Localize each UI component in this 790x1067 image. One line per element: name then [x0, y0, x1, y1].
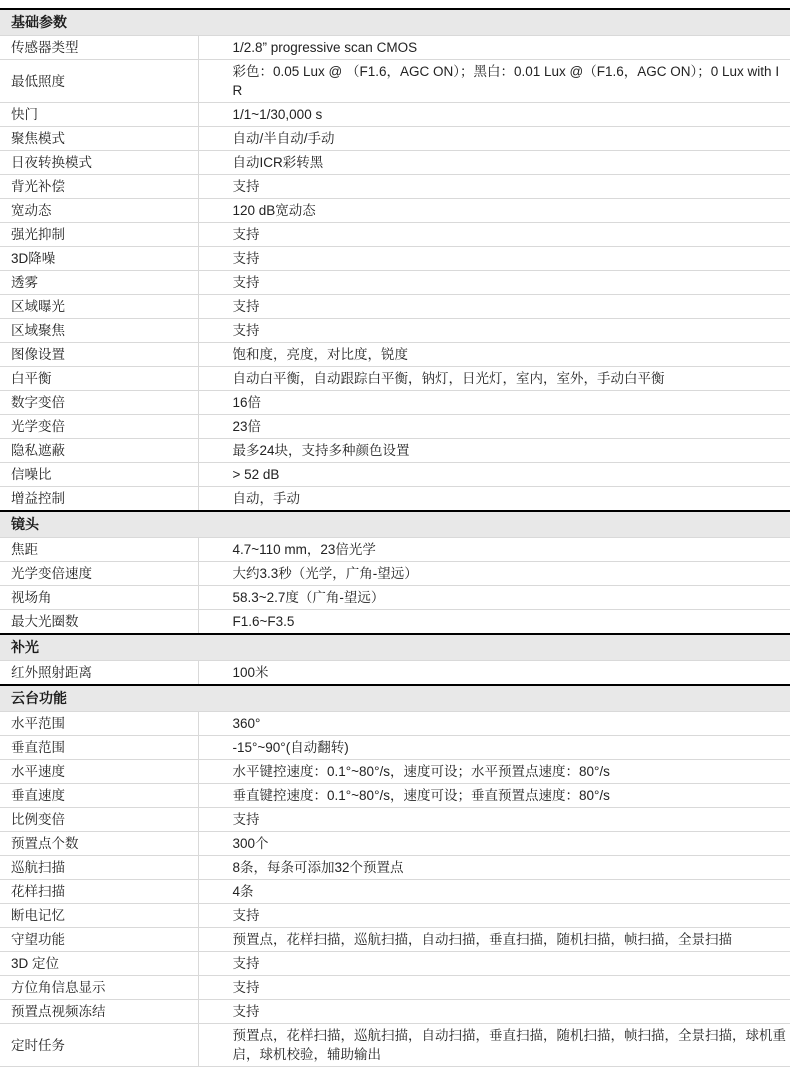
- spec-label: 白平衡: [0, 367, 198, 391]
- spec-row: 传感器类型1/2.8” progressive scan CMOS: [0, 36, 790, 60]
- spec-value: 23倍: [198, 415, 790, 439]
- spec-row: 强光抑制支持: [0, 223, 790, 247]
- spec-row: 方位角信息显示支持: [0, 976, 790, 1000]
- spec-label: 方位角信息显示: [0, 976, 198, 1000]
- spec-label: 红外照射距离: [0, 661, 198, 686]
- spec-label: 传感器类型: [0, 36, 198, 60]
- spec-row: 花样扫描4条: [0, 880, 790, 904]
- spec-row: 信噪比> 52 dB: [0, 463, 790, 487]
- spec-label: 比例变倍: [0, 808, 198, 832]
- spec-row: 守望功能预置点，花样扫描，巡航扫描，自动扫描，垂直扫描，随机扫描，帧扫描，全景扫…: [0, 928, 790, 952]
- spec-label: 守望功能: [0, 928, 198, 952]
- spec-row: 水平速度水平键控速度：0.1°~80°/s，速度可设；水平预置点速度：80°/s: [0, 760, 790, 784]
- spec-row: 定时任务预置点，花样扫描，巡航扫描，自动扫描，垂直扫描，随机扫描，帧扫描，全景扫…: [0, 1024, 790, 1067]
- spec-value: 支持: [198, 808, 790, 832]
- spec-value: 自动/半自动/手动: [198, 127, 790, 151]
- section-header-row: 云台功能: [0, 685, 790, 712]
- spec-row: 光学变倍23倍: [0, 415, 790, 439]
- spec-label: 光学变倍速度: [0, 562, 198, 586]
- spec-value: 16倍: [198, 391, 790, 415]
- spec-label: 最低照度: [0, 60, 198, 103]
- spec-label: 强光抑制: [0, 223, 198, 247]
- spec-label: 巡航扫描: [0, 856, 198, 880]
- spec-value: 饱和度，亮度，对比度，锐度: [198, 343, 790, 367]
- spec-row: 水平范围360°: [0, 712, 790, 736]
- spec-label: 3D降噪: [0, 247, 198, 271]
- spec-label: 数字变倍: [0, 391, 198, 415]
- spec-row: 隐私遮蔽最多24块，支持多种颜色设置: [0, 439, 790, 463]
- spec-label: 透雾: [0, 271, 198, 295]
- spec-label: 定时任务: [0, 1024, 198, 1067]
- spec-value: 支持: [198, 223, 790, 247]
- spec-label: 焦距: [0, 538, 198, 562]
- spec-row: 红外照射距离100米: [0, 661, 790, 686]
- spec-label: 断电记忆: [0, 904, 198, 928]
- spec-row: 数字变倍16倍: [0, 391, 790, 415]
- spec-page: 基础参数传感器类型1/2.8” progressive scan CMOS最低照…: [0, 0, 790, 1067]
- spec-row: 聚焦模式自动/半自动/手动: [0, 127, 790, 151]
- spec-row: 预置点视频冻结支持: [0, 1000, 790, 1024]
- spec-table-body: 基础参数传感器类型1/2.8” progressive scan CMOS最低照…: [0, 9, 790, 1067]
- spec-value: 支持: [198, 271, 790, 295]
- spec-label: 区域聚焦: [0, 319, 198, 343]
- spec-row: 宽动态120 dB宽动态: [0, 199, 790, 223]
- spec-label: 预置点个数: [0, 832, 198, 856]
- spec-value: F1.6~F3.5: [198, 610, 790, 635]
- spec-label: 最大光圈数: [0, 610, 198, 635]
- spec-value: 120 dB宽动态: [198, 199, 790, 223]
- spec-row: 最低照度彩色：0.05 Lux @ （F1.6，AGC ON）；黑白：0.01 …: [0, 60, 790, 103]
- spec-label: 宽动态: [0, 199, 198, 223]
- spec-label: 隐私遮蔽: [0, 439, 198, 463]
- spec-value: 支持: [198, 952, 790, 976]
- spec-row: 3D 定位支持: [0, 952, 790, 976]
- spec-value: 支持: [198, 976, 790, 1000]
- spec-value: 支持: [198, 904, 790, 928]
- section-title: 补光: [0, 634, 790, 661]
- spec-value: 大约3.3秒（光学，广角-望远）: [198, 562, 790, 586]
- spec-value: 100米: [198, 661, 790, 686]
- spec-value: 8条，每条可添加32个预置点: [198, 856, 790, 880]
- spec-row: 区域曝光支持: [0, 295, 790, 319]
- spec-value: 支持: [198, 247, 790, 271]
- spec-value: 预置点，花样扫描，巡航扫描，自动扫描，垂直扫描，随机扫描，帧扫描，全景扫描，球机…: [198, 1024, 790, 1067]
- spec-label: 视场角: [0, 586, 198, 610]
- spec-row: 白平衡自动白平衡，自动跟踪白平衡，钠灯，日光灯，室内，室外，手动白平衡: [0, 367, 790, 391]
- section-title: 镜头: [0, 511, 790, 538]
- spec-value: > 52 dB: [198, 463, 790, 487]
- spec-value: 最多24块，支持多种颜色设置: [198, 439, 790, 463]
- spec-row: 区域聚焦支持: [0, 319, 790, 343]
- spec-value: 58.3~2.7度（广角-望远）: [198, 586, 790, 610]
- spec-label: 聚焦模式: [0, 127, 198, 151]
- section-title: 基础参数: [0, 9, 790, 36]
- spec-row: 焦距4.7~110 mm，23倍光学: [0, 538, 790, 562]
- spec-row: 光学变倍速度大约3.3秒（光学，广角-望远）: [0, 562, 790, 586]
- spec-value: 支持: [198, 295, 790, 319]
- spec-value: 彩色：0.05 Lux @ （F1.6，AGC ON）；黑白：0.01 Lux …: [198, 60, 790, 103]
- spec-label: 背光补偿: [0, 175, 198, 199]
- spec-value: 1/1~1/30,000 s: [198, 103, 790, 127]
- spec-row: 预置点个数300个: [0, 832, 790, 856]
- spec-label: 垂直范围: [0, 736, 198, 760]
- spec-row: 断电记忆支持: [0, 904, 790, 928]
- section-header-row: 基础参数: [0, 9, 790, 36]
- spec-value: 支持: [198, 319, 790, 343]
- spec-row: 3D降噪支持: [0, 247, 790, 271]
- spec-label: 快门: [0, 103, 198, 127]
- spec-value: 支持: [198, 175, 790, 199]
- spec-row: 透雾支持: [0, 271, 790, 295]
- spec-value: 4条: [198, 880, 790, 904]
- spec-label: 预置点视频冻结: [0, 1000, 198, 1024]
- spec-label: 花样扫描: [0, 880, 198, 904]
- spec-row: 快门1/1~1/30,000 s: [0, 103, 790, 127]
- spec-row: 日夜转换模式自动ICR彩转黑: [0, 151, 790, 175]
- spec-value: 水平键控速度：0.1°~80°/s，速度可设；水平预置点速度：80°/s: [198, 760, 790, 784]
- spec-row: 视场角58.3~2.7度（广角-望远）: [0, 586, 790, 610]
- spec-value: 支持: [198, 1000, 790, 1024]
- spec-value: 预置点，花样扫描，巡航扫描，自动扫描，垂直扫描，随机扫描，帧扫描，全景扫描: [198, 928, 790, 952]
- section-title: 云台功能: [0, 685, 790, 712]
- spec-value: 自动ICR彩转黑: [198, 151, 790, 175]
- spec-label: 垂直速度: [0, 784, 198, 808]
- spec-label: 水平速度: [0, 760, 198, 784]
- spec-value: -15°~90°(自动翻转): [198, 736, 790, 760]
- spec-row: 垂直速度垂直键控速度：0.1°~80°/s，速度可设；垂直预置点速度：80°/s: [0, 784, 790, 808]
- spec-row: 巡航扫描8条，每条可添加32个预置点: [0, 856, 790, 880]
- spec-value: 300个: [198, 832, 790, 856]
- spec-row: 增益控制自动，手动: [0, 487, 790, 512]
- spec-value: 4.7~110 mm，23倍光学: [198, 538, 790, 562]
- spec-value: 1/2.8” progressive scan CMOS: [198, 36, 790, 60]
- spec-label: 区域曝光: [0, 295, 198, 319]
- spec-row: 垂直范围-15°~90°(自动翻转): [0, 736, 790, 760]
- section-header-row: 补光: [0, 634, 790, 661]
- spec-value: 自动，手动: [198, 487, 790, 512]
- spec-row: 最大光圈数F1.6~F3.5: [0, 610, 790, 635]
- spec-row: 图像设置饱和度，亮度，对比度，锐度: [0, 343, 790, 367]
- spec-table: 基础参数传感器类型1/2.8” progressive scan CMOS最低照…: [0, 8, 790, 1067]
- spec-label: 信噪比: [0, 463, 198, 487]
- spec-label: 日夜转换模式: [0, 151, 198, 175]
- spec-value: 自动白平衡，自动跟踪白平衡，钠灯，日光灯，室内，室外，手动白平衡: [198, 367, 790, 391]
- spec-row: 背光补偿支持: [0, 175, 790, 199]
- spec-label: 光学变倍: [0, 415, 198, 439]
- spec-value: 360°: [198, 712, 790, 736]
- spec-label: 水平范围: [0, 712, 198, 736]
- spec-label: 3D 定位: [0, 952, 198, 976]
- spec-label: 增益控制: [0, 487, 198, 512]
- spec-label: 图像设置: [0, 343, 198, 367]
- section-header-row: 镜头: [0, 511, 790, 538]
- spec-value: 垂直键控速度：0.1°~80°/s，速度可设；垂直预置点速度：80°/s: [198, 784, 790, 808]
- spec-row: 比例变倍支持: [0, 808, 790, 832]
